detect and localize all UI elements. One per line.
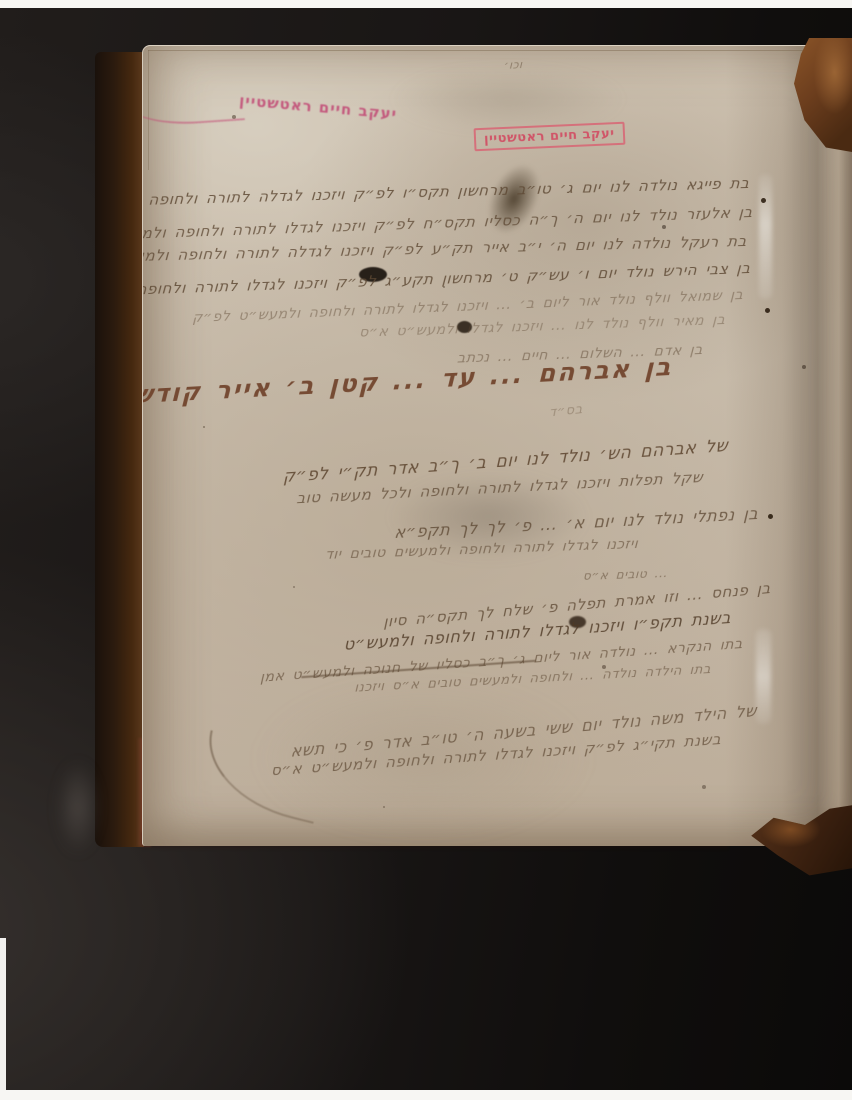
handwritten-line: ... טובים א״ס [582,566,668,583]
scan-border-left [0,938,6,1090]
page-edge-line [148,50,852,51]
binding-hole [765,308,770,313]
handwritten-line: בן אברהם ... עד ... קטן ב׳ אייר קודש [142,352,674,409]
manuscript-page: יעקב חיים ראטשטיין יעקב חיים ראטשטיין וכ… [142,45,852,846]
faint-smudge [393,68,623,130]
binding-hole [761,198,766,203]
background-smudge [56,760,100,855]
scanned-manuscript-photo: { "artifact": { "type": "Photographed pa… [0,0,852,1100]
owner-stamp-text: יעקב חיים ראטשטיין [239,91,398,123]
handwritten-line: בס״ד [549,402,583,421]
owner-stamp-text: יעקב חיים ראטשטיין [484,126,615,147]
photo-background: יעקב חיים ראטשטיין יעקב חיים ראטשטיין וכ… [0,8,852,1090]
book-cover-left-edge [95,52,144,847]
binding-hole [768,514,773,519]
handwritten-line: וכו׳ [504,58,523,72]
ink-specks [143,46,145,48]
owner-stamp-slanted: יעקב חיים ראטשטיין [239,91,398,123]
stamp-underline-swoosh [142,92,245,128]
gutter-glue-shine [756,629,771,724]
gutter-glue-shine [759,174,772,299]
